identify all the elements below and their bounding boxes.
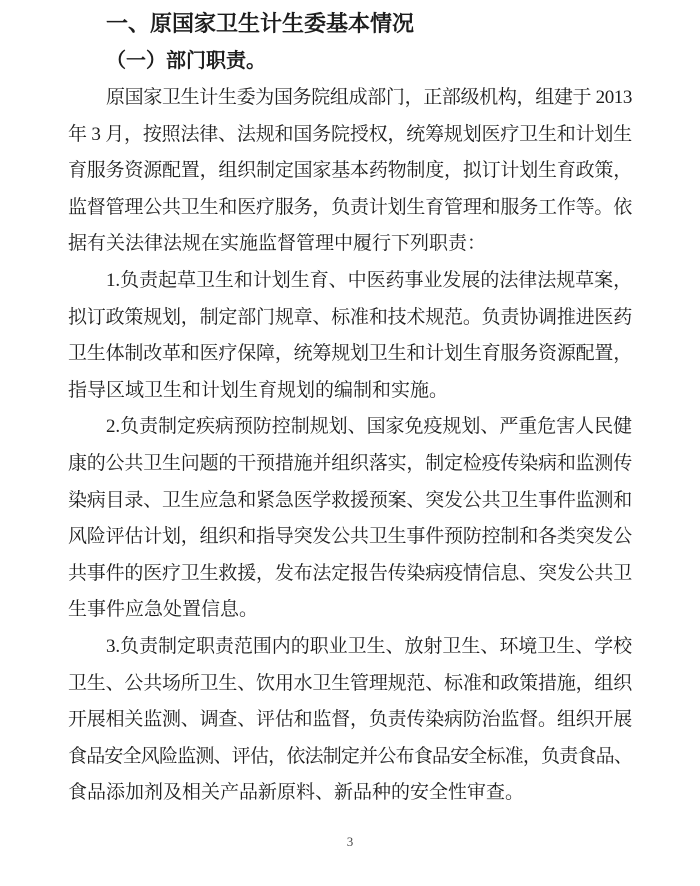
text-line: 育服务资源配置，组织制定国家基本药物制度，拟订计划生育政策， xyxy=(68,153,632,190)
document-content: 一、原国家卫生计生委基本情况 （一）部门职责。 原国家卫生计生委为国务院组成部门… xyxy=(68,6,632,812)
text-line: 染病目录、卫生应急和紧急医学救援预案、突发公共卫生事件监测和 xyxy=(68,483,632,520)
text-line: 3.负责制定职责范围内的职业卫生、放射卫生、环境卫生、学校 xyxy=(68,629,632,666)
text-line: 指导区域卫生和计划生育规划的编制和实施。 xyxy=(68,373,632,410)
paragraph: 原国家卫生计生委为国务院组成部门，正部级机构，组建于 2013年 3 月，按照法… xyxy=(68,80,632,263)
page-number: 3 xyxy=(0,834,700,850)
text-line: 共事件的医疗卫生救援，发布法定报告传染病疫情信息、突发公共卫 xyxy=(68,556,632,593)
paragraph: 3.负责制定职责范围内的职业卫生、放射卫生、环境卫生、学校卫生、公共场所卫生、饮… xyxy=(68,629,632,812)
paragraph: 1.负责起草卫生和计划生育、中医药事业发展的法律法规草案，拟订政策规划，制定部门… xyxy=(68,263,632,409)
subsection-heading: （一）部门职责。 xyxy=(68,43,632,80)
text-line: 年 3 月，按照法律、法规和国务院授权，统筹规划医疗卫生和计划生 xyxy=(68,117,632,154)
document-body: 原国家卫生计生委为国务院组成部门，正部级机构，组建于 2013年 3 月，按照法… xyxy=(68,80,632,812)
text-line: 卫生体制改革和医疗保障，统筹规划卫生和计划生育服务资源配置， xyxy=(68,336,632,373)
text-line: 食品添加剂及相关产品新原料、新品种的安全性审查。 xyxy=(68,775,632,812)
text-line: 2.负责制定疾病预防控制规划、国家免疫规划、严重危害人民健 xyxy=(68,409,632,446)
text-line: 康的公共卫生问题的干预措施并组织落实，制定检疫传染病和监测传 xyxy=(68,446,632,483)
text-line: 据有关法律法规在实施监督管理中履行下列职责： xyxy=(68,226,632,263)
section-heading: 一、原国家卫生计生委基本情况 xyxy=(68,6,632,43)
text-line: 1.负责起草卫生和计划生育、中医药事业发展的法律法规草案， xyxy=(68,263,632,300)
text-line: 拟订政策规划，制定部门规章、标准和技术规范。负责协调推进医药 xyxy=(68,300,632,337)
document-page: 一、原国家卫生计生委基本情况 （一）部门职责。 原国家卫生计生委为国务院组成部门… xyxy=(0,0,700,886)
text-line: 原国家卫生计生委为国务院组成部门，正部级机构，组建于 2013 xyxy=(68,80,632,117)
text-line: 风险评估计划，组织和指导突发公共卫生事件预防控制和各类突发公 xyxy=(68,519,632,556)
text-line: 食品安全风险监测、评估，依法制定并公布食品安全标准，负责食品、 xyxy=(68,739,632,776)
text-line: 卫生、公共场所卫生、饮用水卫生管理规范、标准和政策措施，组织 xyxy=(68,666,632,703)
text-line: 监督管理公共卫生和医疗服务，负责计划生育管理和服务工作等。依 xyxy=(68,190,632,227)
text-line: 开展相关监测、调查、评估和监督，负责传染病防治监督。组织开展 xyxy=(68,702,632,739)
text-line: 生事件应急处置信息。 xyxy=(68,592,632,629)
paragraph: 2.负责制定疾病预防控制规划、国家免疫规划、严重危害人民健康的公共卫生问题的干预… xyxy=(68,409,632,629)
